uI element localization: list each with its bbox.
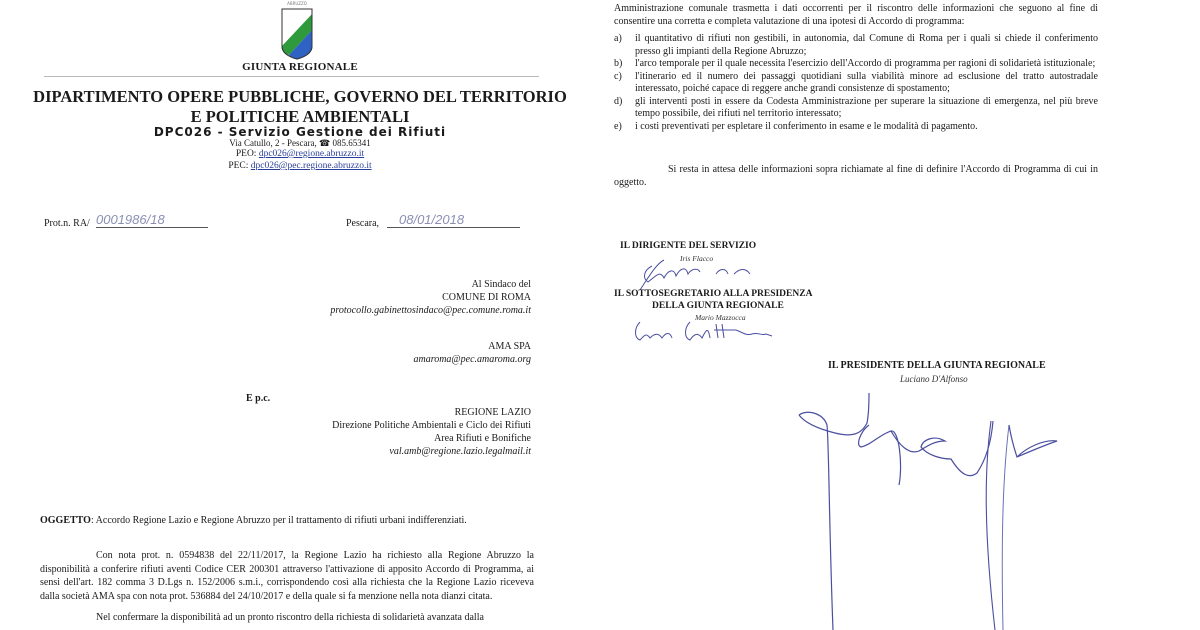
- signatory-1-title: IL DIRIGENTE DEL SERVIZIO: [620, 241, 756, 251]
- body-paragraph-1: Con nota prot. n. 0594838 del 22/11/2017…: [40, 549, 534, 603]
- request-list: a)il quantitativo di rifiuti non gestibi…: [614, 33, 1098, 133]
- recipient-1-email: protocollo.gabinettosindaco@pec.comune.r…: [330, 305, 531, 316]
- svg-text:ABRUZZO: ABRUZZO: [287, 1, 307, 6]
- cc-dept2: Area Rifiuti e Bonifiche: [434, 433, 531, 444]
- subject-line: OGGETTO: Accordo Regione Lazio e Regione…: [40, 515, 467, 526]
- letter-date: 08/01/2018: [387, 212, 520, 228]
- letter-page-2: Amministrazione comunale trasmetta i dat…: [600, 0, 1200, 630]
- signature-3-icon: [795, 385, 1095, 630]
- place-label: Pescara,: [346, 218, 379, 229]
- list-item: e)i costi preventivati per espletare il …: [614, 121, 1098, 134]
- header-divider: [44, 76, 539, 77]
- signatory-2-title-line1: IL SOTTOSEGRETARIO ALLA PRESIDENZA: [614, 289, 812, 299]
- list-item: d)gli interventi posti in essere da Code…: [614, 96, 1098, 121]
- signature-1-icon: [634, 256, 774, 292]
- list-item: a)il quantitativo di rifiuti non gestibi…: [614, 33, 1098, 58]
- list-item: c)l'itinerario ed il numero dei passaggi…: [614, 71, 1098, 96]
- signatory-3-title: IL PRESIDENTE DELLA GIUNTA REGIONALE: [828, 360, 1046, 371]
- giunta-regionale-title: GIUNTA REGIONALE: [0, 61, 600, 73]
- peo-label: PEO:: [236, 149, 257, 159]
- signatory-3-name: Luciano D'Alfonso: [900, 374, 968, 384]
- cc-label: E p.c.: [246, 393, 270, 404]
- peo-email-link[interactable]: dpc026@regione.abruzzo.it: [259, 149, 364, 159]
- pec-email-link[interactable]: dpc026@pec.regione.abruzzo.it: [251, 161, 372, 171]
- letter-body: Con nota prot. n. 0594838 del 22/11/2017…: [40, 549, 534, 630]
- letter-page-1: ABRUZZO GIUNTA REGIONALE DIPARTIMENTO OP…: [0, 0, 600, 630]
- list-item: b)l'arco temporale per il quale necessit…: [614, 58, 1098, 71]
- pec-label: PEC:: [228, 161, 248, 171]
- body-paragraph-2: Nel confermare la disponibilità ad un pr…: [40, 611, 534, 625]
- protocol-number: 0001986/18: [96, 212, 208, 228]
- request-intro: Amministrazione comunale trasmetta i dat…: [614, 2, 1098, 28]
- subject-text: : Accordo Regione Lazio e Regione Abruzz…: [91, 515, 467, 526]
- recipient-2-name: AMA SPA: [488, 341, 531, 352]
- signature-2-icon: [632, 318, 782, 344]
- closing-paragraph: Si resta in attesa delle informazioni so…: [614, 163, 1098, 189]
- signatory-2-title-line2: DELLA GIUNTA REGIONALE: [652, 301, 784, 311]
- cc-dept1: Direzione Politiche Ambientali e Ciclo d…: [332, 420, 531, 431]
- coat-of-arms-icon: ABRUZZO: [277, 0, 317, 60]
- pec-contact: PEC: dpc026@pec.regione.abruzzo.it: [0, 161, 600, 171]
- cc-email: val.amb@regione.lazio.legalmail.it: [389, 446, 531, 457]
- subject-label: OGGETTO: [40, 515, 91, 526]
- recipient-1-line1: Al Sindaco del: [472, 279, 531, 290]
- service-name: DPC026 - Servizio Gestione dei Rifiuti: [0, 125, 600, 139]
- peo-contact: PEO: dpc026@regione.abruzzo.it: [0, 149, 600, 159]
- recipient-1-name: COMUNE DI ROMA: [442, 292, 531, 303]
- protocol-label: Prot.n. RA/: [44, 218, 90, 229]
- office-address: Via Catullo, 2 - Pescara, ☎ 085.65341: [0, 138, 600, 149]
- department-title-line1: DIPARTIMENTO OPERE PUBBLICHE, GOVERNO DE…: [0, 87, 600, 107]
- department-title-line2: E POLITICHE AMBIENTALI: [0, 107, 600, 127]
- cc-org: REGIONE LAZIO: [455, 407, 531, 418]
- recipient-2-email: amaroma@pec.amaroma.org: [413, 354, 531, 365]
